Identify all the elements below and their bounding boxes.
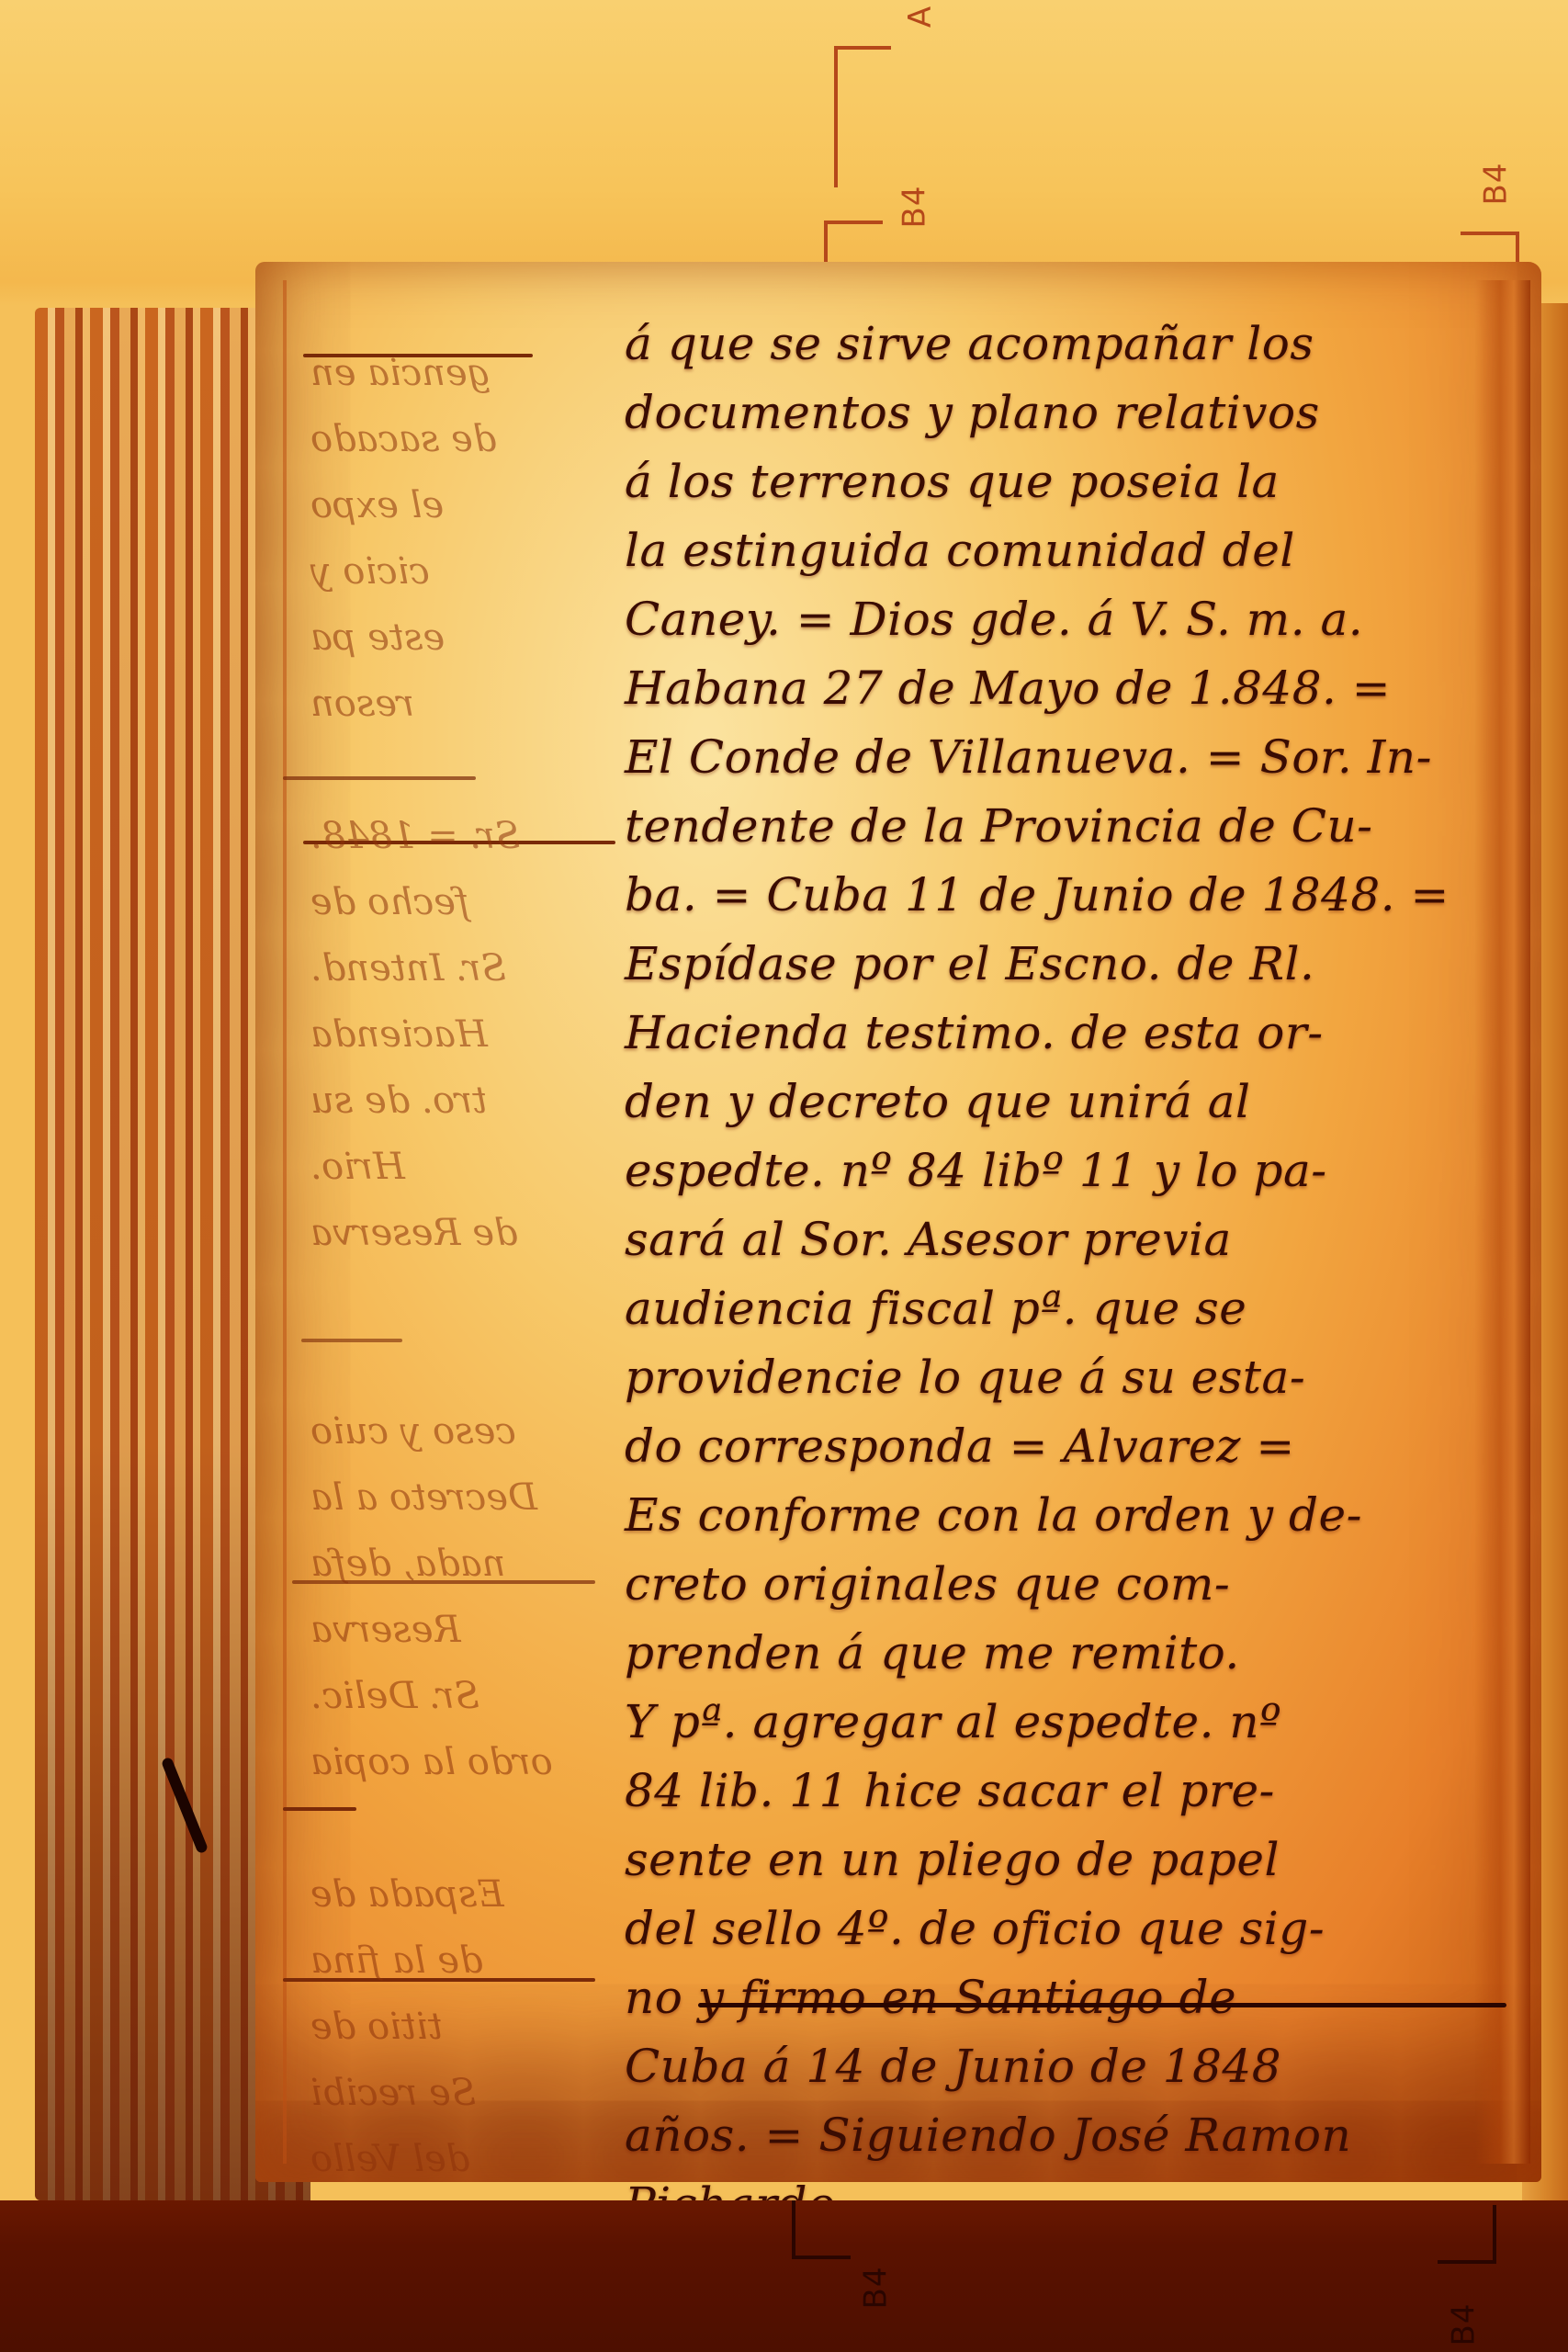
crop-corner-bottom-right-b4: [1438, 2205, 1496, 2264]
bleed-line: Se recibi: [310, 2060, 641, 2126]
bleed-line: de Reserva: [310, 1200, 641, 1266]
bleed-line: el expo: [310, 472, 641, 538]
manuscript-line: sente en un pliego de papel: [625, 1826, 1516, 1894]
manuscript-line: Es conforme con la orden y de-: [625, 1481, 1516, 1550]
bleed-line: fecho de: [310, 869, 641, 935]
crop-corner-top-a: [834, 46, 891, 187]
bleed-line: cicio y: [310, 538, 641, 605]
bleed-line: Decreto a la: [310, 1464, 641, 1531]
crop-corner-bottom-left-b4: [792, 2200, 851, 2259]
manuscript-line: Y pª. agregar al espedte. nº: [625, 1688, 1516, 1757]
bleed-line: titio de: [310, 1994, 641, 2060]
manuscript-line: á que se sirve acompañar los: [625, 310, 1516, 379]
manuscript-line: den y decreto que unirá al: [625, 1068, 1516, 1136]
bleed-line: del Vello: [310, 2126, 641, 2192]
archival-marker-a: A: [909, 0, 931, 35]
bleed-line: Reserva: [310, 1597, 641, 1663]
manuscript-line: ba. = Cuba 11 de Junio de 1848. =: [625, 861, 1516, 930]
manuscript-line: la estinguida comunidad del: [625, 516, 1516, 585]
archival-marker-bottom-right-b4: B4: [1442, 2306, 1485, 2343]
bleed-line: Hacienda: [310, 1001, 641, 1068]
manuscript-line: tendente de la Provincia de Cu-: [625, 792, 1516, 861]
bleed-line: gencia en: [310, 340, 641, 406]
manuscript-line: El Conde de Villanueva. = Sor. In-: [625, 723, 1516, 792]
bleed-line: [310, 1266, 641, 1332]
manuscript-line: Cuba á 14 de Junio de 1848: [625, 2032, 1516, 2101]
manuscript-line: del sello 4º. de oficio que sig-: [625, 1894, 1516, 1963]
manuscript-line: años. = Siguiendo José Ramon: [625, 2101, 1516, 2170]
manuscript-line: espedte. nº 84 libº 11 y lo pa-: [625, 1136, 1516, 1205]
bleed-line: de sacado: [310, 406, 641, 472]
bleed-line: [310, 1795, 641, 1861]
bleed-line: Hrio.: [310, 1134, 641, 1200]
bound-volume: gencia en de sacado el expo cicio y este…: [35, 225, 1532, 2200]
bleed-through-margin: gencia en de sacado el expo cicio y este…: [310, 340, 641, 2192]
bleed-line: [310, 1332, 641, 1398]
bleed-line: reson: [310, 671, 641, 737]
bleed-line: Espada de: [310, 1861, 641, 1928]
dark-table-surface: [0, 2200, 1568, 2352]
bleed-line: ordo la copia: [310, 1729, 641, 1795]
bleed-line: nada, defa: [310, 1531, 641, 1597]
bleed-line: Sr. Delic.: [310, 1663, 641, 1729]
manuscript-line: creto originales que com-: [625, 1550, 1516, 1619]
bleed-line: [310, 737, 641, 803]
bleed-line: Sr. = 1848.: [310, 803, 641, 869]
bleed-line: ceso y cuio: [310, 1398, 641, 1464]
bleed-line: de la fina: [310, 1928, 641, 1994]
manuscript-line: Espídase por el Escno. de Rl.: [625, 930, 1516, 999]
bleed-line: Sr. Intend.: [310, 935, 641, 1001]
archival-marker-top-left-b4: B4: [893, 188, 936, 225]
manuscript-page: gencia en de sacado el expo cicio y este…: [255, 262, 1541, 2182]
manuscript-line: á los terrenos que poseia la: [625, 447, 1516, 516]
manuscript-line: Habana 27 de Mayo de 1.848. =: [625, 654, 1516, 723]
archival-marker-bottom-left-b4: B4: [854, 2269, 897, 2306]
archival-marker-top-right-b4: B4: [1474, 165, 1517, 202]
signature-flourish-line: [698, 2003, 1506, 2007]
manuscript-line: providencie lo que á su esta-: [625, 1343, 1516, 1412]
manuscript-line: do corresponda = Alvarez =: [625, 1412, 1516, 1481]
manuscript-line: 84 lib. 11 hice sacar el pre-: [625, 1757, 1516, 1826]
manuscript-line: documentos y plano relativos: [625, 379, 1516, 447]
manuscript-line: audiencia fiscal pª. que se: [625, 1274, 1516, 1343]
bleed-line: tro. de su: [310, 1068, 641, 1134]
manuscript-line: prenden á que me remito.: [625, 1619, 1516, 1688]
manuscript-line: Hacienda testimo. de esta or-: [625, 999, 1516, 1068]
page-margin-fold: [283, 280, 287, 2164]
manuscript-line: sará al Sor. Asesor previa: [625, 1205, 1516, 1274]
manuscript-line: Caney. = Dios gde. á V. S. m. a.: [625, 585, 1516, 654]
manuscript-text: á que se sirve acompañar los documentos …: [625, 310, 1516, 2239]
manuscript-line: no y firmo en Santiago de: [625, 1963, 1516, 2032]
bleed-line: este pa: [310, 605, 641, 671]
